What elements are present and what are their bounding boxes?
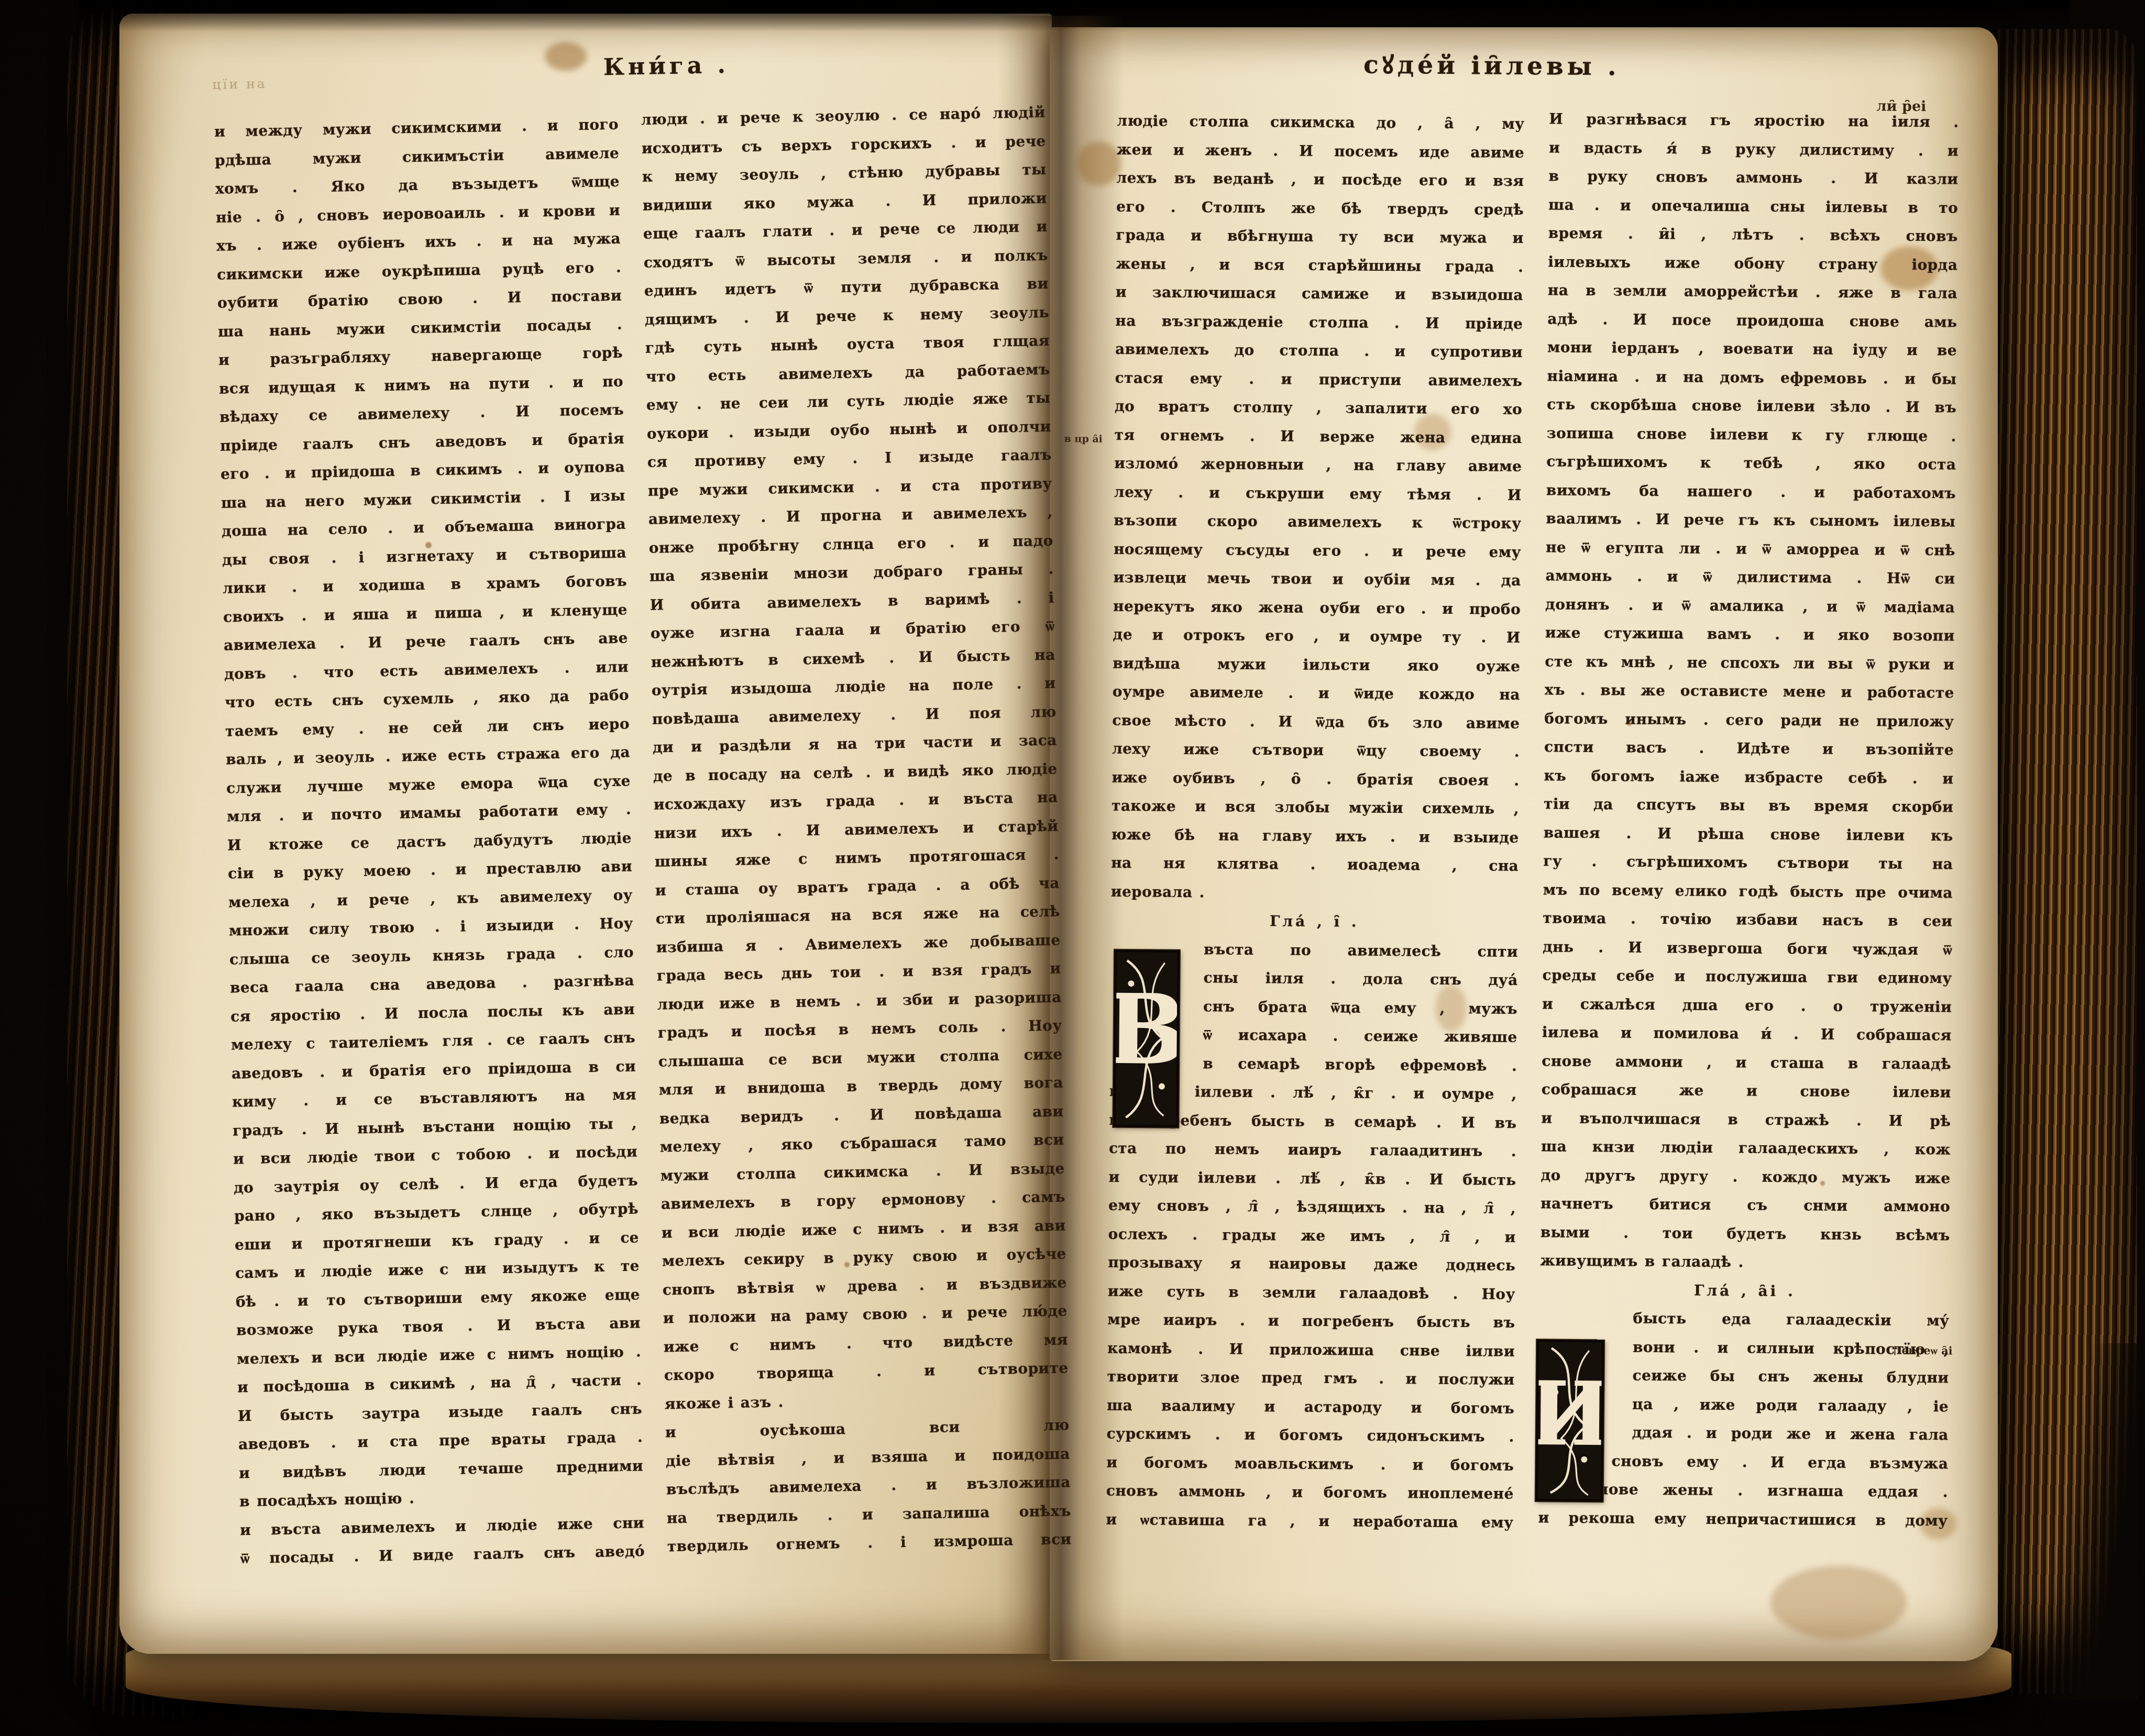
text-line: гу . съгрѣшихомъ сътвори ты на — [1543, 847, 1953, 879]
text-line: донянъ . и ѿ амалика , и ѿ мадіама — [1545, 590, 1955, 622]
text-line: жены , и вся старѣйшины града . — [1116, 249, 1523, 281]
woodcut-initial-v-icon: В — [1115, 952, 1178, 1125]
text-line: И разгнѣвася гъ яростію на іиля . — [1549, 105, 1959, 137]
text-line: до вратъ столпу , запалити его хо — [1115, 392, 1522, 424]
decorated-initial-chapter-11: И — [1536, 1340, 1604, 1501]
text-line: спсти васъ . Идѣте и възопійте — [1544, 733, 1954, 765]
text-line: ша . и опечалиша сны іилевы в то — [1548, 191, 1958, 223]
text-line: носящему съсуды его . и рече ему — [1114, 535, 1521, 567]
text-line: ѿ исахара . сеиже живяше — [1203, 1021, 1517, 1052]
text-line: извлеци мечь твои и оубіи мя . да — [1113, 563, 1521, 595]
text-line: на ня клятва . иоадема , сна — [1111, 849, 1519, 881]
text-line: не ѿ егупта ли . и ѿ аморреа и ѿ снѣ — [1546, 533, 1955, 565]
text-line: и богомъ моавльскимъ . и богомъ — [1106, 1448, 1514, 1480]
text-line: вихомъ ба нашего . и работахомъ — [1546, 476, 1956, 508]
chapter-heading: Гла́ , і̑ . — [1110, 906, 1518, 938]
text-line: ша кнзи людіи галаадескихъ , кож — [1541, 1132, 1951, 1164]
text-line: и рекоша ему непричастишися в дому — [1538, 1503, 1948, 1535]
text-column-1: и между мужи сикимскими . и погордѣша му… — [214, 110, 645, 1584]
svg-text:И: И — [1538, 1362, 1602, 1466]
text-line: сурскимъ . и богомъ сидонъскимъ . — [1106, 1420, 1514, 1452]
text-line: вашея . И рѣша снове іилеви къ — [1544, 819, 1953, 850]
text-line: лехъ въ веданѣ , и посѣде его и взя — [1116, 164, 1524, 196]
text-line: видѣша мужи іильсти яко оуже — [1113, 649, 1520, 681]
text-line: живущимъ в галаадѣ . — [1540, 1246, 1950, 1278]
text-line: сновъ аммонь , и богомъ иноплемене́ — [1106, 1477, 1514, 1509]
text-line: вони . и силныи крѣпостїю , — [1633, 1333, 1949, 1364]
text-line: снове аммони , и сташа в галаадѣ — [1542, 1047, 1951, 1079]
text-line: ддая . и роди же и жена гала — [1632, 1419, 1949, 1450]
text-line: мъ по всему елико годѣ бысть пре очима — [1543, 876, 1953, 908]
text-line: въста по авимелесѣ спти — [1204, 935, 1518, 966]
text-line: снъ брата ѿца ему , мужъ — [1203, 992, 1517, 1023]
text-line: мони іерданъ , воевати на іуду и ве — [1547, 333, 1957, 365]
text-line: юже бѣ на главу ихъ . и взыиде — [1111, 820, 1519, 852]
text-line: града и вбѣгнуша ту вси мужа и — [1116, 221, 1523, 253]
text-line: зопиша снове іилеви к гу глюще . — [1547, 419, 1956, 451]
text-line: тя огнемъ . И верже жена едина — [1114, 421, 1522, 452]
running-title-left: Кни́га . — [603, 52, 729, 81]
text-line: оумре авимеле . и ѿиде кождо на — [1113, 678, 1520, 710]
text-line: съгрѣшихомъ к тебѣ , яко оста — [1546, 447, 1956, 479]
text-line: в руку сновъ аммонь . И казли — [1548, 162, 1958, 194]
text-line: мре иаиръ . и погребенъ бысть въ — [1107, 1306, 1515, 1337]
margin-note-gutter: в цр а̑і — [1064, 433, 1112, 445]
text-line: аммонь . и ѿ дилистима . Нѿ си — [1545, 561, 1955, 593]
text-line: такоже и вся злобы мужіи сихемль , — [1112, 792, 1519, 824]
decorated-initial-chapter-10: В — [1113, 950, 1180, 1127]
text-line: и заключишася самиже и взыидоша — [1116, 278, 1523, 310]
text-line: на възгражденіе столпа . И пріиде — [1115, 306, 1523, 338]
text-line: творити злое пред гмъ . и послужи — [1107, 1363, 1514, 1395]
text-line: жеи и женъ . И посемъ иде авиме — [1117, 135, 1524, 167]
chapter-heading: Гла́ , а̑і . — [1540, 1275, 1950, 1307]
text-line: камонѣ . И приложиша снве іилви — [1107, 1334, 1515, 1366]
text-line: сте къ мнѣ , не спсохъ ли вы ѿ руки и — [1545, 647, 1954, 679]
right-page-text-layer: сꙋде́й іи̑левы . ли̑ р̑еі в цр а̑і † євр… — [1042, 24, 2003, 1665]
text-line: на в земли аморрейстѣи . яже в гала — [1548, 276, 1957, 308]
text-line: и ѡставиша га , и неработаша ему — [1106, 1505, 1513, 1537]
running-title-right: сꙋде́й іи̑левы . — [1363, 47, 1620, 83]
text-line: и въполчишася в стражѣ . И рѣ — [1541, 1104, 1951, 1136]
text-line: ослехъ . грады же имъ , л̑ , и — [1108, 1220, 1515, 1252]
text-line: леху . и съкруши ему тѣмя . И — [1114, 478, 1522, 510]
text-line: иеровала . — [1111, 877, 1519, 909]
text-line: собрашася же и снове іилеви — [1542, 1075, 1951, 1107]
text-line: хъ . вы же остависте мене и работасте — [1545, 676, 1954, 707]
svg-text:В: В — [1115, 973, 1178, 1087]
text-line: и суди іилеви . лѣ́ , к̑в . И бысть — [1108, 1163, 1516, 1195]
text-line: выми . тои будетъ кнзь всѣмъ — [1541, 1218, 1950, 1250]
text-line: леху иже сътвори ѿцу своему . — [1112, 735, 1520, 767]
text-line: днь . И извергоша боги чуждая ѿ — [1543, 933, 1952, 965]
text-line: сеиже бы снъ жены блудни — [1632, 1362, 1949, 1392]
text-line: в семарѣ вгорѣ ефремовѣ . — [1203, 1049, 1517, 1080]
text-line: іилевыхъ иже обону страну іорда — [1548, 248, 1957, 280]
text-line: и вдасть я́ в руку дилистиму . и — [1549, 134, 1959, 165]
woodcut-initial-i-icon: И — [1538, 1342, 1602, 1499]
text-line: ніамина . и на домъ ефремовь . и бы — [1547, 362, 1956, 394]
text-line: среды себе и послужиша гви единому — [1542, 961, 1952, 993]
text-line: ста по немъ иаиръ галаадитинъ . — [1109, 1134, 1516, 1166]
text-line: иже суть в земли галаадовѣ . Ноу — [1108, 1277, 1515, 1309]
text-line: ца , иже роди галааду , іе — [1632, 1390, 1949, 1421]
text-line: изломо́ жерновныи , на главу авиме — [1114, 449, 1522, 481]
text-line: авимелехъ до столпа . и супротиви — [1115, 335, 1523, 367]
text-line: его . Столпъ же бѣ твердъ средѣ — [1116, 192, 1524, 224]
left-page-text-layer: Кни́га . цїи на и между мужи сикимскими … — [107, 5, 1070, 1662]
text-line: иже оубивъ , о̑ . братія своея . — [1112, 763, 1519, 795]
text-line: начнетъ битися съ снми аммоно — [1541, 1189, 1950, 1221]
text-line: стася ему . и приступи авимелехъ — [1115, 363, 1522, 395]
text-line: ваалимъ . И рече гъ къ сыномъ іилевы — [1546, 504, 1955, 536]
text-column-3: людіе столпа сикимска до , а̑ , мужеи и … — [1105, 107, 1524, 1602]
text-line: богомъ инымъ . сего ради не приложу — [1544, 704, 1954, 736]
text-line: адѣ . И посе проидоша снове амь — [1547, 305, 1957, 337]
right-page-edges — [1995, 29, 2137, 1694]
text-line: сны іиля . дола снъ дуа́ — [1203, 964, 1517, 994]
text-line: прозываху я наировы даже доднесь — [1108, 1248, 1515, 1280]
text-line: тіи да спсутъ вы въ время скорби — [1544, 790, 1953, 822]
photo-of-open-book: { "colors": { "ink": "#2a1a0b", "paper":… — [0, 0, 2145, 1736]
text-line: ша ваалиму и астароду и богомъ — [1107, 1391, 1514, 1423]
handwritten-note: цїи на — [212, 76, 267, 92]
text-line: свое мѣсто . И ѿда бъ зло авиме — [1112, 706, 1520, 738]
text-line: іилева и помилова и́ . И собрашася — [1542, 1018, 1952, 1050]
text-line: время . и̑і , лѣтъ . всѣхъ сновъ — [1548, 219, 1957, 251]
text-line: де и отрокъ его , и оумре ту . И — [1113, 621, 1520, 653]
text-line: сть скорбѣша снове іилеви зѣло . И въ — [1547, 390, 1956, 422]
text-line: иже стужиша вамъ . и яко возопи — [1545, 618, 1955, 650]
text-column-2: люди . и рече к зеоулю . се наро́ людійи… — [641, 98, 1072, 1572]
text-line: ему сновъ , л̑ , ѣздящихъ . на , л̑ , — [1108, 1191, 1516, 1223]
text-line: людіе столпа сикимска до , а̑ , му — [1117, 107, 1524, 139]
text-line: възопи скоро авимелехъ к ѿстроку — [1114, 506, 1521, 538]
text-line: твоима . точію избави насъ в сеи — [1543, 904, 1952, 936]
text-line: къ богомъ іаже избрасте себѣ . и — [1544, 761, 1953, 793]
text-line: нерекутъ яко жена оуби его . и пробо — [1113, 592, 1521, 624]
text-line: бысть еда галаадескіи му́ — [1633, 1304, 1949, 1335]
text-line: и сжалѣся дша его . о труженіи — [1542, 990, 1952, 1022]
text-line: до другъ другу . кождо мужъ иже — [1541, 1161, 1950, 1193]
